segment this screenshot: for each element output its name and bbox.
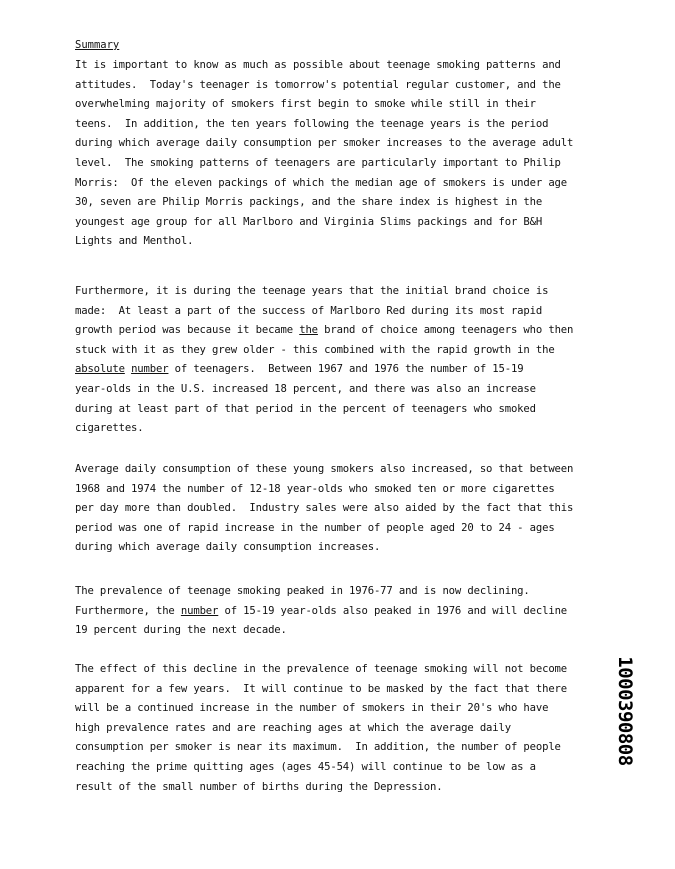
text-line: absolute number of teenagers. Between 19… — [75, 360, 615, 380]
section-heading: Summary — [75, 38, 119, 52]
document-page: Summary It is important to know as much … — [0, 0, 675, 869]
underlined-text: the — [299, 324, 318, 336]
underlined-text: absolute — [75, 363, 125, 375]
text-line: level. The smoking patterns of teenagers… — [75, 154, 615, 174]
text-line: apparent for a few years. It will contin… — [75, 680, 615, 700]
text-line: teens. In addition, the ten years follow… — [75, 115, 615, 135]
text-line: during which average daily consumption i… — [75, 538, 615, 558]
paragraph: Average daily consumption of these young… — [75, 460, 615, 558]
text-line: per day more than doubled. Industry sale… — [75, 499, 615, 519]
text-line: Furthermore, the number of 15-19 year-ol… — [75, 602, 615, 622]
text-line: growth period was because it became the … — [75, 321, 615, 341]
text-line: The prevalence of teenage smoking peaked… — [75, 582, 615, 602]
text-line: result of the small number of births dur… — [75, 778, 615, 798]
paragraph: Furthermore, it is during the teenage ye… — [75, 282, 615, 439]
text-line: period was one of rapid increase in the … — [75, 519, 615, 539]
underlined-text: number — [131, 363, 168, 375]
paragraph: The prevalence of teenage smoking peaked… — [75, 582, 615, 641]
text-line: high prevalence rates and are reaching a… — [75, 719, 615, 739]
paragraph: It is important to know as much as possi… — [75, 56, 615, 252]
text-line: Morris: Of the eleven packings of which … — [75, 174, 615, 194]
text-line: youngest age group for all Marlboro and … — [75, 213, 615, 233]
text-line: 30, seven are Philip Morris packings, an… — [75, 193, 615, 213]
text-line: will be a continued increase in the numb… — [75, 699, 615, 719]
bates-number: 1000390808 — [614, 646, 636, 776]
text-line: Furthermore, it is during the teenage ye… — [75, 282, 615, 302]
text-line: year-olds in the U.S. increased 18 perce… — [75, 380, 615, 400]
text-line: reaching the prime quitting ages (ages 4… — [75, 758, 615, 778]
text-line: The effect of this decline in the preval… — [75, 660, 615, 680]
text-line: during at least part of that period in t… — [75, 400, 615, 420]
text-line: overwhelming majority of smokers first b… — [75, 95, 615, 115]
text-line: made: At least a part of the success of … — [75, 302, 615, 322]
text-line: Average daily consumption of these young… — [75, 460, 615, 480]
text-line: stuck with it as they grew older - this … — [75, 341, 615, 361]
text-line: attitudes. Today's teenager is tomorrow'… — [75, 76, 615, 96]
text-line: cigarettes. — [75, 419, 615, 439]
text-line: Lights and Menthol. — [75, 232, 615, 252]
text-line: 19 percent during the next decade. — [75, 621, 615, 641]
text-line: consumption per smoker is near its maxim… — [75, 738, 615, 758]
text-line: 1968 and 1974 the number of 12-18 year-o… — [75, 480, 615, 500]
underlined-text: number — [181, 605, 218, 617]
text-line: It is important to know as much as possi… — [75, 56, 615, 76]
paragraph: The effect of this decline in the preval… — [75, 660, 615, 797]
text-line: during which average daily consumption p… — [75, 134, 615, 154]
